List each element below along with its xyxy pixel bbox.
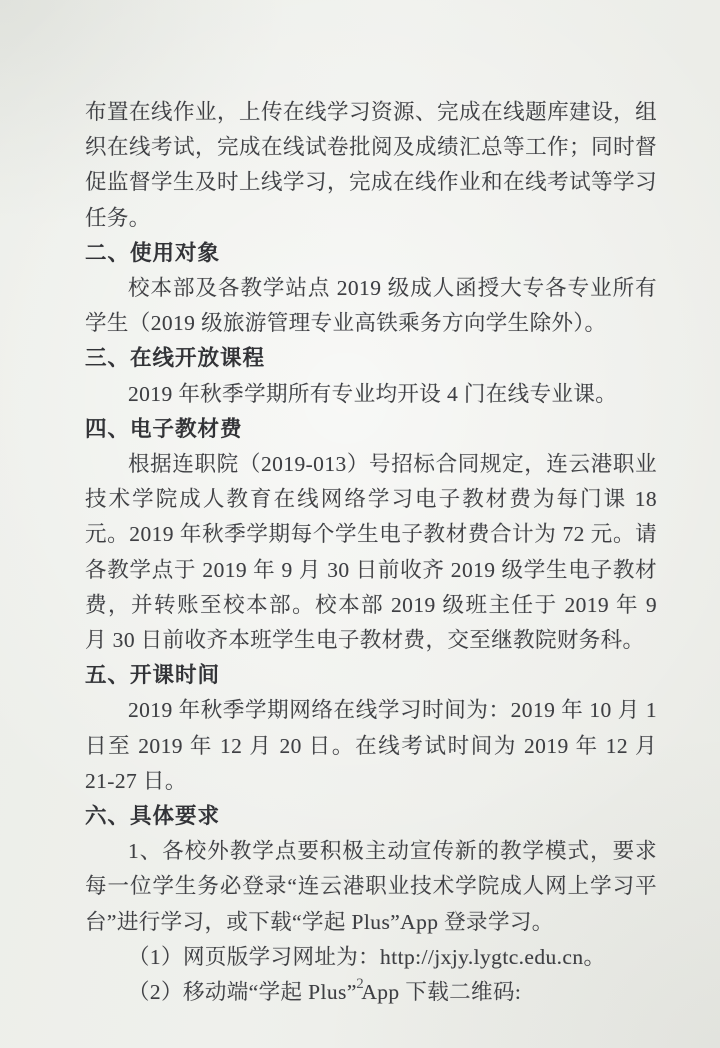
section-paragraph: 1、各校外教学点要积极主动宣传新的教学模式，要求每一位学生务必登录“连云港职业技… <box>85 834 657 940</box>
section-paragraph: 根据连职院（2019-013）号招标合同规定，连云港职业技术学院成人教育在线网络… <box>85 447 657 658</box>
section-paragraph: 2019 年秋季学期所有专业均开设 4 门在线专业课。 <box>85 377 657 412</box>
document-body: 布置在线作业，上传在线学习资源、完成在线题库建设，组织在线考试，完成在线试卷批阅… <box>85 95 657 1010</box>
section-heading-course-time: 五、开课时间 <box>85 658 657 693</box>
section-heading-specific-requirements: 六、具体要求 <box>85 799 657 834</box>
page-number: 2 <box>0 976 720 993</box>
paragraph-continuation: 布置在线作业，上传在线学习资源、完成在线题库建设，组织在线考试，完成在线试卷批阅… <box>85 95 657 236</box>
section-heading-online-courses: 三、在线开放课程 <box>85 341 657 376</box>
section-paragraph: 校本部及各教学站点 2019 级成人函授大专各专业所有学生（2019 级旅游管理… <box>85 271 657 341</box>
list-item-web-url: （1）网页版学习网址为：http://jxjy.lygtc.edu.cn。 <box>85 940 657 975</box>
section-heading-ebook-fee: 四、电子教材费 <box>85 412 657 447</box>
section-heading-usage-target: 二、使用对象 <box>85 236 657 271</box>
scanned-document-page: 布置在线作业，上传在线学习资源、完成在线题库建设，组织在线考试，完成在线试卷批阅… <box>0 0 720 1048</box>
section-paragraph: 2019 年秋季学期网络在线学习时间为：2019 年 10 月 1 日至 201… <box>85 693 657 799</box>
